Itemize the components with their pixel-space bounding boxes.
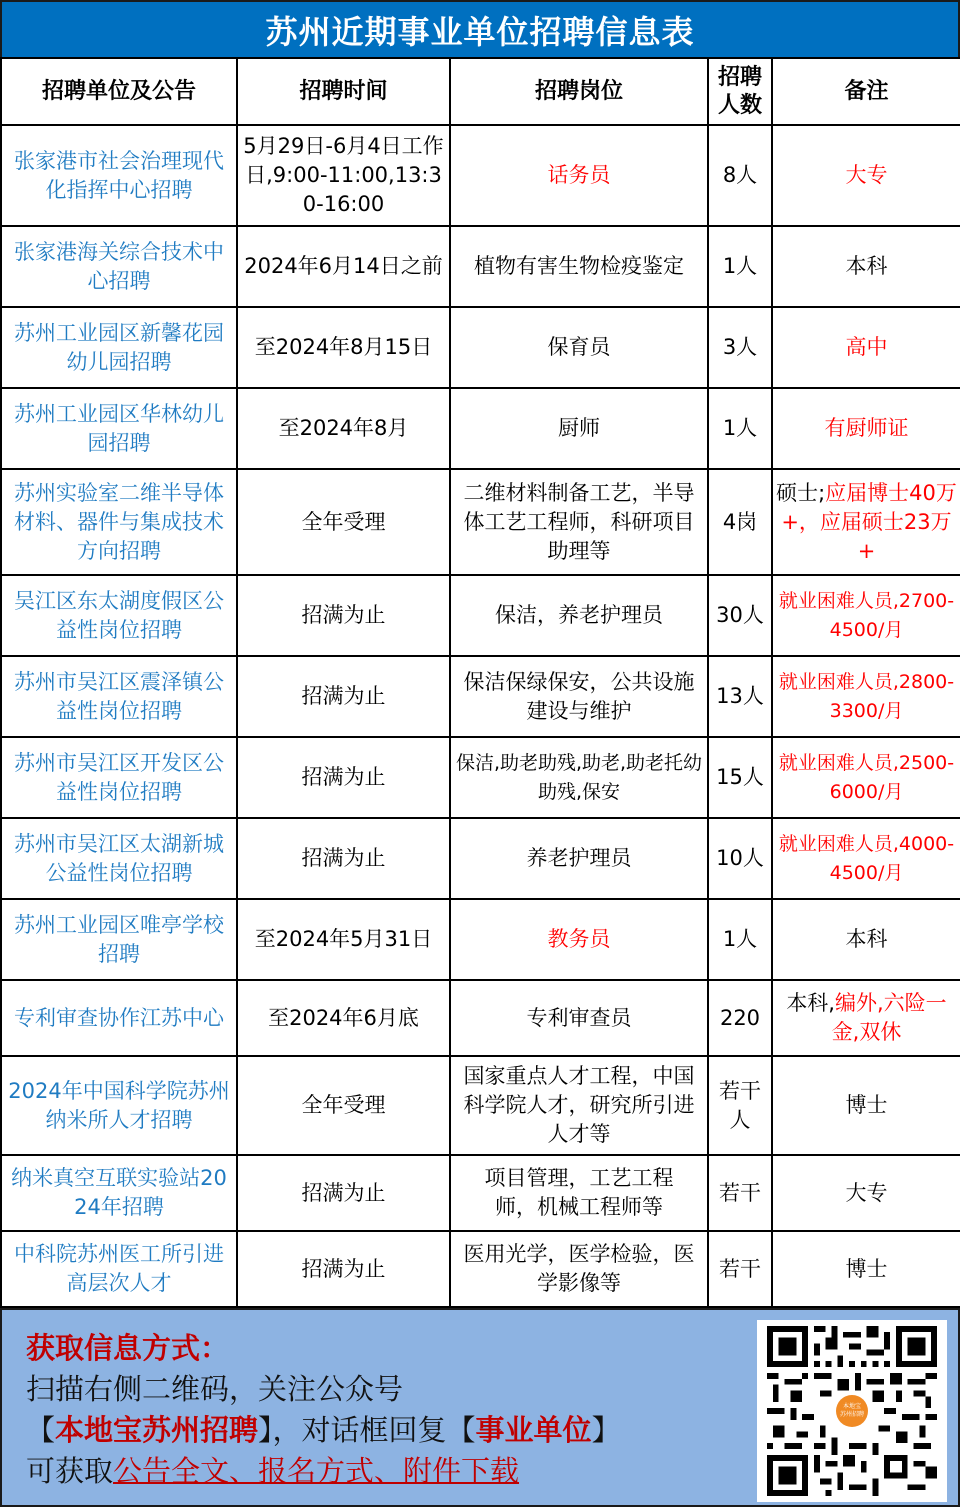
time-cell: 招满为止 xyxy=(237,1155,450,1231)
table-row: 中科院苏州医工所引进高层次人才 招满为止 医用光学，医学检验，医学影像等 若干 … xyxy=(1,1231,960,1307)
remark-cell: 本科 xyxy=(772,899,960,980)
unit-link[interactable]: 张家港海关综合技术中心招聘 xyxy=(1,226,237,307)
recruitment-table: 招聘单位及公告 招聘时间 招聘岗位 招聘人数 备注 张家港市社会治理现代化指挥中… xyxy=(0,57,960,1308)
remark-cell: 大专 xyxy=(772,1155,960,1231)
position-cell: 项目管理，工艺工程师，机械工程师等 xyxy=(450,1155,708,1231)
time-cell: 至2024年6月底 xyxy=(237,980,450,1056)
position-cell: 保洁，养老护理员 xyxy=(450,575,708,656)
header-position: 招聘岗位 xyxy=(450,58,708,125)
unit-link[interactable]: 苏州工业园区唯亭学校招聘 xyxy=(1,899,237,980)
reply-keyword: 事业单位 xyxy=(476,1413,592,1447)
table-row: 苏州工业园区新馨花园幼儿园招聘 至2024年8月15日 保育员 3人 高中 xyxy=(1,307,960,388)
count-cell: 4岗 xyxy=(708,469,772,575)
unit-link[interactable]: 苏州实验室二维半导体材料、器件与集成技术方向招聘 xyxy=(1,469,237,575)
position-cell: 保育员 xyxy=(450,307,708,388)
count-cell: 30人 xyxy=(708,575,772,656)
table-row: 2024年中国科学院苏州纳米所人才招聘 全年受理 国家重点人才工程，中国科学院人… xyxy=(1,1056,960,1155)
unit-link[interactable]: 中科院苏州医工所引进高层次人才 xyxy=(1,1231,237,1307)
remark-cell: 博士 xyxy=(772,1231,960,1307)
remark-cell: 硕士;应届博士40万+，应届硕士23万+ xyxy=(772,469,960,575)
get-prefix: 可获取 xyxy=(26,1454,113,1488)
time-cell: 招满为止 xyxy=(237,737,450,818)
unit-link[interactable]: 苏州工业园区华林幼儿园招聘 xyxy=(1,388,237,469)
remark-plain: 硕士; xyxy=(776,481,825,505)
remark-cell: 本科,编外,六险一金,双休 xyxy=(772,980,960,1056)
remark-cell: 高中 xyxy=(772,307,960,388)
remark-highlight: 编外,六险一金,双休 xyxy=(832,991,947,1044)
unit-link[interactable]: 苏州市吴江区震泽镇公益性岗位招聘 xyxy=(1,656,237,737)
position-cell: 养老护理员 xyxy=(450,818,708,899)
footer-line-scan: 扫描右侧二维码，关注公众号 xyxy=(26,1369,621,1410)
table-header-row: 招聘单位及公告 招聘时间 招聘岗位 招聘人数 备注 xyxy=(1,58,960,125)
reply-instruction: 】，对话框回复【 xyxy=(258,1413,476,1447)
account-name: 本地宝苏州招聘 xyxy=(55,1413,258,1447)
unit-link[interactable]: 专利审查协作江苏中心 xyxy=(1,980,237,1056)
count-cell: 若干人 xyxy=(708,1056,772,1155)
count-cell: 13人 xyxy=(708,656,772,737)
count-cell: 8人 xyxy=(708,125,772,226)
logo-brand: 本地宝 xyxy=(843,1403,861,1411)
position-cell: 保洁保绿保安，公共设施建设与维护 xyxy=(450,656,708,737)
time-cell: 至2024年8月15日 xyxy=(237,307,450,388)
position-cell: 医用光学，医学检验，医学影像等 xyxy=(450,1231,708,1307)
bracket-open: 【 xyxy=(26,1413,55,1447)
info-footer: 获取信息方式： 扫描右侧二维码，关注公众号 【本地宝苏州招聘】，对话框回复【事业… xyxy=(0,1308,960,1507)
table-row: 苏州市吴江区震泽镇公益性岗位招聘 招满为止 保洁保绿保安，公共设施建设与维护 1… xyxy=(1,656,960,737)
time-cell: 全年受理 xyxy=(237,469,450,575)
count-cell: 1人 xyxy=(708,899,772,980)
remark-cell: 就业困难人员,2500-6000/月 xyxy=(772,737,960,818)
time-cell: 2024年6月14日之前 xyxy=(237,226,450,307)
unit-link[interactable]: 苏州市吴江区开发区公益性岗位招聘 xyxy=(1,737,237,818)
footer-heading: 获取信息方式： xyxy=(26,1328,621,1369)
remark-plain: 本科, xyxy=(786,991,835,1015)
position-cell: 教务员 xyxy=(450,899,708,980)
position-cell: 厨师 xyxy=(450,388,708,469)
unit-link[interactable]: 吴江区东太湖度假区公益性岗位招聘 xyxy=(1,575,237,656)
header-time: 招聘时间 xyxy=(237,58,450,125)
logo-subtitle: 苏州招聘 xyxy=(840,1411,864,1419)
count-cell: 若干 xyxy=(708,1231,772,1307)
count-cell: 1人 xyxy=(708,226,772,307)
table-row: 苏州市吴江区开发区公益性岗位招聘 招满为止 保洁,助老助残,助老,助老托幼助残,… xyxy=(1,737,960,818)
position-cell: 二维材料制备工艺，半导体工艺工程师，科研项目助理等 xyxy=(450,469,708,575)
bracket-close: 】 xyxy=(592,1413,621,1447)
unit-link[interactable]: 纳米真空互联实验站2024年招聘 xyxy=(1,1155,237,1231)
time-cell: 5月29日-6月4日工作日,9:00-11:00,13:30-16:00 xyxy=(237,125,450,226)
table-row: 吴江区东太湖度假区公益性岗位招聘 招满为止 保洁，养老护理员 30人 就业困难人… xyxy=(1,575,960,656)
time-cell: 全年受理 xyxy=(237,1056,450,1155)
unit-link[interactable]: 张家港市社会治理现代化指挥中心招聘 xyxy=(1,125,237,226)
table-row: 苏州工业园区华林幼儿园招聘 至2024年8月 厨师 1人 有厨师证 xyxy=(1,388,960,469)
time-cell: 招满为止 xyxy=(237,1231,450,1307)
time-cell: 至2024年8月 xyxy=(237,388,450,469)
remark-cell: 本科 xyxy=(772,226,960,307)
time-cell: 招满为止 xyxy=(237,818,450,899)
footer-instructions: 获取信息方式： 扫描右侧二维码，关注公众号 【本地宝苏州招聘】，对话框回复【事业… xyxy=(26,1328,621,1492)
table-row: 张家港海关综合技术中心招聘 2024年6月14日之前 植物有害生物检疫鉴定 1人… xyxy=(1,226,960,307)
remark-cell: 大专 xyxy=(772,125,960,226)
table-row: 苏州市吴江区太湖新城公益性岗位招聘 招满为止 养老护理员 10人 就业困难人员,… xyxy=(1,818,960,899)
count-cell: 3人 xyxy=(708,307,772,388)
qr-code[interactable]: 本地宝 苏州招聘 xyxy=(757,1320,947,1502)
unit-link[interactable]: 苏州市吴江区太湖新城公益性岗位招聘 xyxy=(1,818,237,899)
download-link[interactable]: 公告全文、报名方式、附件下载 xyxy=(113,1454,519,1488)
unit-link[interactable]: 2024年中国科学院苏州纳米所人才招聘 xyxy=(1,1056,237,1155)
table-row: 纳米真空互联实验站2024年招聘 招满为止 项目管理，工艺工程师，机械工程师等 … xyxy=(1,1155,960,1231)
remark-cell: 就业困难人员,4000-4500/月 xyxy=(772,818,960,899)
footer-line-get: 可获取公告全文、报名方式、附件下载 xyxy=(26,1451,621,1492)
count-cell: 10人 xyxy=(708,818,772,899)
position-cell: 国家重点人才工程，中国科学院人才，研究所引进人才等 xyxy=(450,1056,708,1155)
header-remark: 备注 xyxy=(772,58,960,125)
time-cell: 招满为止 xyxy=(237,656,450,737)
table-row: 张家港市社会治理现代化指挥中心招聘 5月29日-6月4日工作日,9:00-11:… xyxy=(1,125,960,226)
table-row: 专利审查协作江苏中心 至2024年6月底 专利审查员 220 本科,编外,六险一… xyxy=(1,980,960,1056)
table-row: 苏州实验室二维半导体材料、器件与集成技术方向招聘 全年受理 二维材料制备工艺，半… xyxy=(1,469,960,575)
position-cell: 话务员 xyxy=(450,125,708,226)
position-cell: 专利审查员 xyxy=(450,980,708,1056)
header-count: 招聘人数 xyxy=(708,58,772,125)
count-cell: 若干 xyxy=(708,1155,772,1231)
remark-cell: 有厨师证 xyxy=(772,388,960,469)
time-cell: 招满为止 xyxy=(237,575,450,656)
time-cell: 至2024年5月31日 xyxy=(237,899,450,980)
header-unit: 招聘单位及公告 xyxy=(1,58,237,125)
count-cell: 1人 xyxy=(708,388,772,469)
position-cell: 植物有害生物检疫鉴定 xyxy=(450,226,708,307)
remark-cell: 博士 xyxy=(772,1056,960,1155)
count-cell: 220 xyxy=(708,980,772,1056)
count-cell: 15人 xyxy=(708,737,772,818)
unit-link[interactable]: 苏州工业园区新馨花园幼儿园招聘 xyxy=(1,307,237,388)
bendibao-logo-icon: 本地宝 苏州招聘 xyxy=(832,1391,872,1431)
table-row: 苏州工业园区唯亭学校招聘 至2024年5月31日 教务员 1人 本科 xyxy=(1,899,960,980)
page-title: 苏州近期事业单位招聘信息表 xyxy=(0,0,960,58)
remark-cell: 就业困难人员,2700-4500/月 xyxy=(772,575,960,656)
footer-line-reply: 【本地宝苏州招聘】，对话框回复【事业单位】 xyxy=(26,1410,621,1451)
position-cell: 保洁,助老助残,助老,助老托幼助残,保安 xyxy=(450,737,708,818)
remark-cell: 就业困难人员,2800-3300/月 xyxy=(772,656,960,737)
